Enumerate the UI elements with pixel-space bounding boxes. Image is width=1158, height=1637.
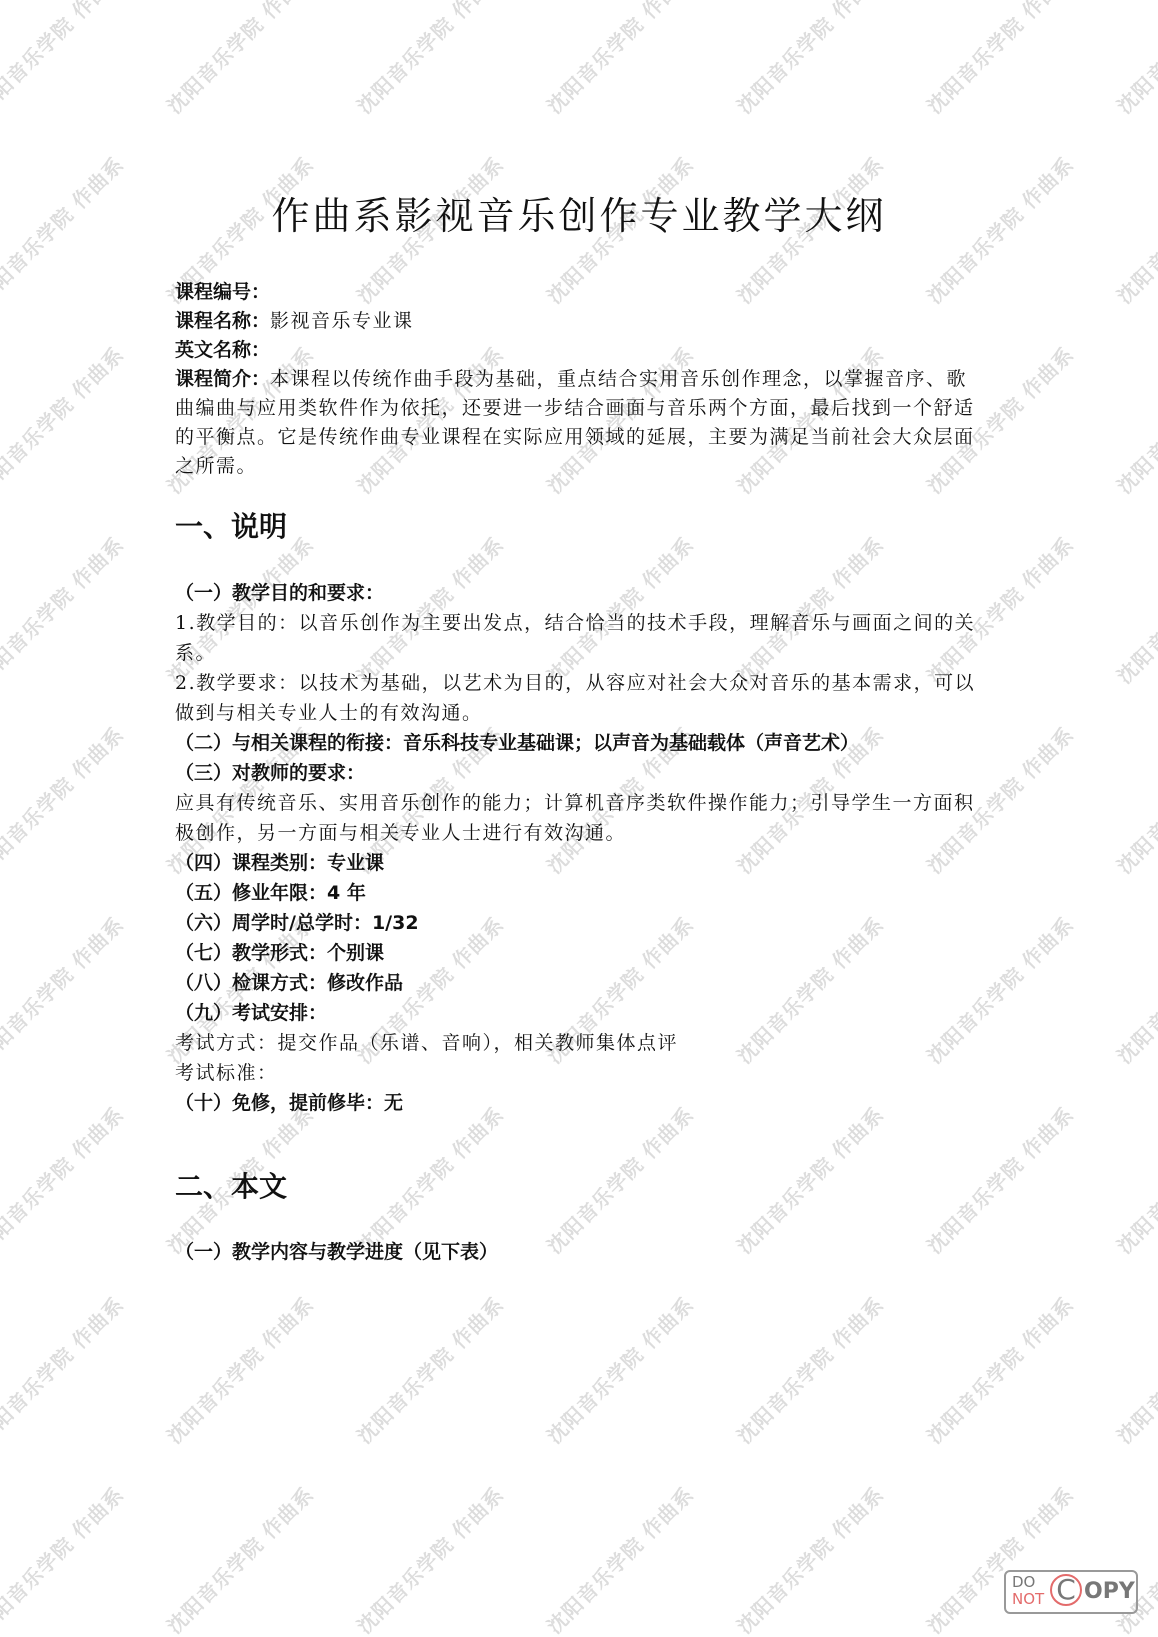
course-meta: 课程编号： 课程名称：影视音乐专业课 英文名称： 课程简介：本课程以传统作曲手段…: [175, 278, 985, 481]
item-exam-standard: 考试标准：: [175, 1058, 985, 1088]
item-check-method: （八）检课方式：修改作品: [175, 968, 985, 998]
item-course-type: （四）课程类别：专业课: [175, 848, 985, 878]
meta-course-name: 课程名称：影视音乐专业课: [175, 307, 985, 336]
item-exam-method: 考试方式：提交作品（乐谱、音响），相关教师集体点评: [175, 1028, 985, 1058]
item-objective-2: 2.教学要求：以技术为基础，以艺术为目的，从容应对社会大众对音乐的基本需求，可以…: [175, 668, 985, 728]
copyright-circle-icon: C: [1050, 1574, 1082, 1606]
document-page: 作曲系影视音乐创作专业教学大纲 课程编号： 课程名称：影视音乐专业课 英文名称：…: [0, 0, 1158, 1637]
item-objectives: （一）教学目的和要求：: [175, 578, 985, 608]
section-heading-1: 一、说明: [175, 505, 287, 545]
document-title: 作曲系影视音乐创作专业教学大纲: [0, 185, 1158, 240]
item-teacher-req: 应具有传统音乐、实用音乐创作的能力；计算机音序类软件操作能力；引导学生一方面积极…: [175, 788, 985, 848]
item-hours: （六）周学时/总学时：1/32: [175, 908, 985, 938]
item-teaching-form: （七）教学形式：个别课: [175, 938, 985, 968]
section-1-body: （一）教学目的和要求： 1.教学目的：以音乐创作为主要出发点，结合恰当的技术手段…: [175, 578, 985, 1118]
meta-course-code: 课程编号：: [175, 278, 985, 307]
item-objective-1: 1.教学目的：以音乐创作为主要出发点，结合恰当的技术手段，理解音乐与画面之间的关…: [175, 608, 985, 668]
meta-english-name: 英文名称：: [175, 336, 985, 365]
meta-course-intro: 课程简介：本课程以传统作曲手段为基础，重点结合实用音乐创作理念，以掌握音序、歌曲…: [175, 365, 985, 481]
do-not-copy-stamp: DO NOT C OPY: [1004, 1570, 1138, 1614]
section-heading-2: 二、本文: [175, 1165, 287, 1205]
item-related-courses: （二）与相关课程的衔接：音乐科技专业基础课；以声音为基础载体（声音艺术）: [175, 728, 985, 758]
item-study-years: （五）修业年限：4 年: [175, 878, 985, 908]
section-2-body: （一）教学内容与教学进度（见下表）: [175, 1237, 985, 1267]
item-teacher-req-heading: （三）对教师的要求：: [175, 758, 985, 788]
item-exemption: （十）免修，提前修毕：无: [175, 1088, 985, 1118]
item-exam-arrangement: （九）考试安排：: [175, 998, 985, 1028]
item-teaching-content: （一）教学内容与教学进度（见下表）: [175, 1237, 985, 1267]
